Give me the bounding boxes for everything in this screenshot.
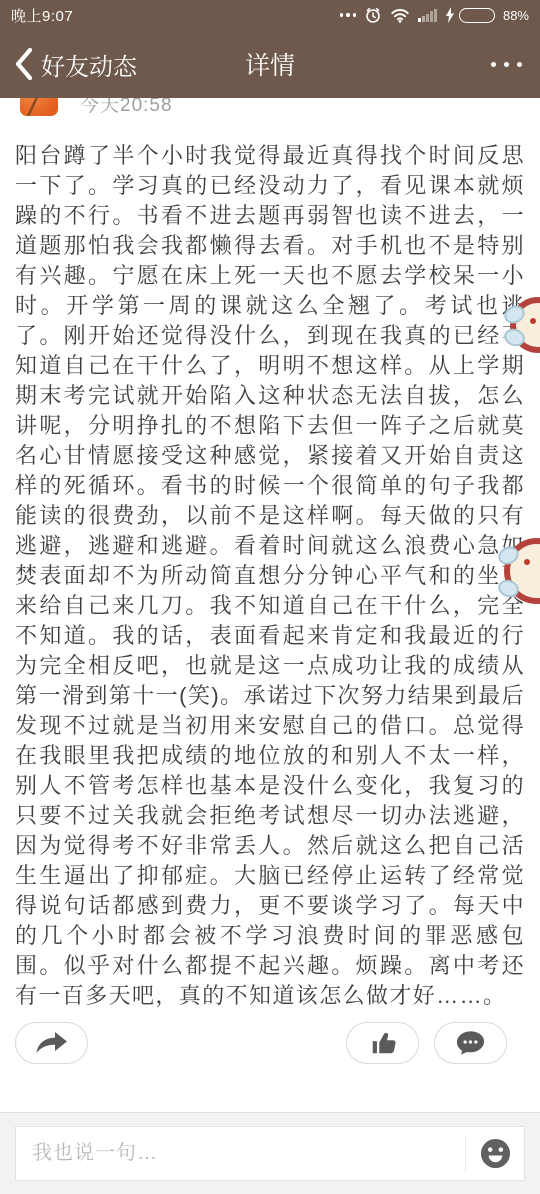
sticker-decoration-icon — [504, 538, 540, 604]
share-arrow-icon — [34, 1029, 70, 1057]
comment-input-wrap — [15, 1126, 525, 1181]
thumbs-up-icon — [368, 1029, 398, 1057]
sticker-decoration-icon — [510, 297, 540, 353]
smiley-icon — [479, 1137, 512, 1170]
back-chevron-icon — [14, 47, 34, 81]
charging-bolt-icon — [445, 7, 455, 23]
nav-bar: 好友动态 详情 — [0, 30, 540, 98]
like-button[interactable] — [346, 1022, 419, 1064]
emoji-button[interactable] — [466, 1127, 524, 1180]
status-bar: 晚上9:07 88% — [0, 0, 540, 30]
action-bar — [0, 1022, 540, 1066]
signal-icon — [418, 9, 437, 22]
alarm-icon — [364, 6, 382, 24]
clock-time: 晚上9:07 — [11, 5, 73, 26]
comment-bubble-icon — [455, 1029, 486, 1057]
more-menu-button[interactable] — [487, 52, 526, 77]
wifi-icon — [390, 7, 410, 23]
post-body-text: 阳台蹲了半个小时我觉得最近真得找个时间反思一下了。学习真的已经没动力了，看见课本… — [15, 141, 525, 1011]
battery-icon — [459, 8, 495, 23]
status-icons: 88% — [340, 6, 530, 24]
comment-bar — [0, 1112, 540, 1194]
notification-dots-icon — [340, 13, 357, 17]
back-button[interactable]: 好友动态 — [14, 47, 137, 82]
back-label: 好友动态 — [41, 47, 137, 82]
page-title: 详情 — [245, 46, 295, 82]
comment-input[interactable] — [16, 1127, 465, 1180]
share-button[interactable] — [15, 1022, 88, 1064]
battery-percent: 88% — [503, 8, 529, 23]
comment-button[interactable] — [434, 1022, 507, 1064]
more-menu-icon — [491, 62, 496, 67]
